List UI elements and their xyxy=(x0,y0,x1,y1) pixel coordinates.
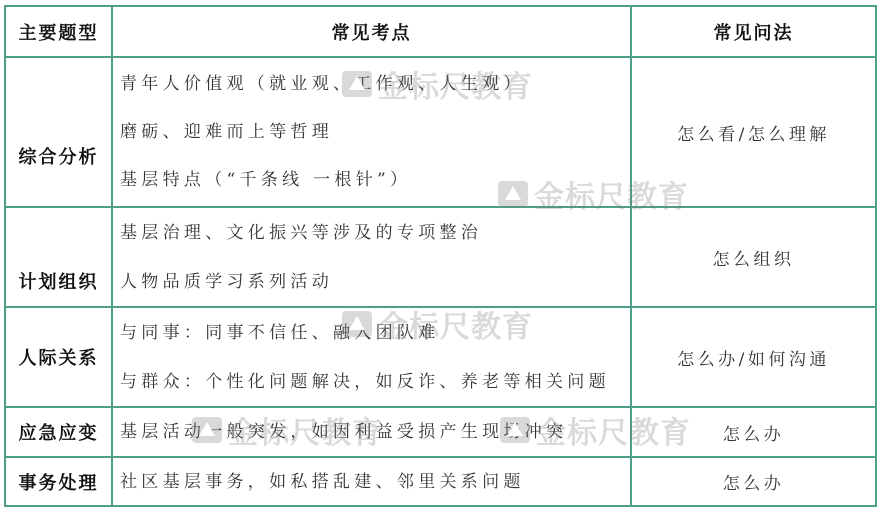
point-item: 磨砺、迎难而上等哲理 xyxy=(120,121,630,143)
row-ask: 怎么组织 xyxy=(632,208,875,306)
row-ask: 怎么办/如何沟通 xyxy=(632,308,875,406)
header-common-asks: 常见问法 xyxy=(632,7,875,56)
row-points: 基层活动一般突发，如因利益受损产生现场冲突 xyxy=(6,408,630,456)
question-type-table: 主要题型 常见考点 常见问法 综合分析 青年人价值观（就业观、工作观、人生观） … xyxy=(4,5,877,507)
row-ask: 怎么看/怎么理解 xyxy=(632,58,875,206)
point-item: 人物品质学习系列活动 xyxy=(120,271,630,293)
row-points: 与同事：同事不信任、融入团队难 与群众：个性化问题解决，如反诈、养老等相关问题 xyxy=(6,308,630,406)
point-item: 与群众：个性化问题解决，如反诈、养老等相关问题 xyxy=(120,371,630,393)
header-question-type: 主要题型 xyxy=(6,7,111,56)
point-item: 青年人价值观（就业观、工作观、人生观） xyxy=(120,73,630,95)
row-ask: 怎么办 xyxy=(632,408,875,456)
row-points: 青年人价值观（就业观、工作观、人生观） 磨砺、迎难而上等哲理 基层特点（“千条线… xyxy=(6,58,630,206)
header-common-points: 常见考点 xyxy=(113,7,630,56)
point-item: 社区基层事务，如私搭乱建、邻里关系问题 xyxy=(120,471,630,493)
row-points: 基层治理、文化振兴等涉及的专项整治 人物品质学习系列活动 xyxy=(6,208,630,306)
point-item: 基层特点（“千条线 一根针”） xyxy=(120,169,630,191)
point-item: 基层活动一般突发，如因利益受损产生现场冲突 xyxy=(120,421,630,443)
point-item: 与同事：同事不信任、融入团队难 xyxy=(120,322,630,344)
point-item: 基层治理、文化振兴等涉及的专项整治 xyxy=(120,222,630,244)
row-ask: 怎么办 xyxy=(632,458,875,505)
row-points: 社区基层事务，如私搭乱建、邻里关系问题 xyxy=(6,458,630,505)
